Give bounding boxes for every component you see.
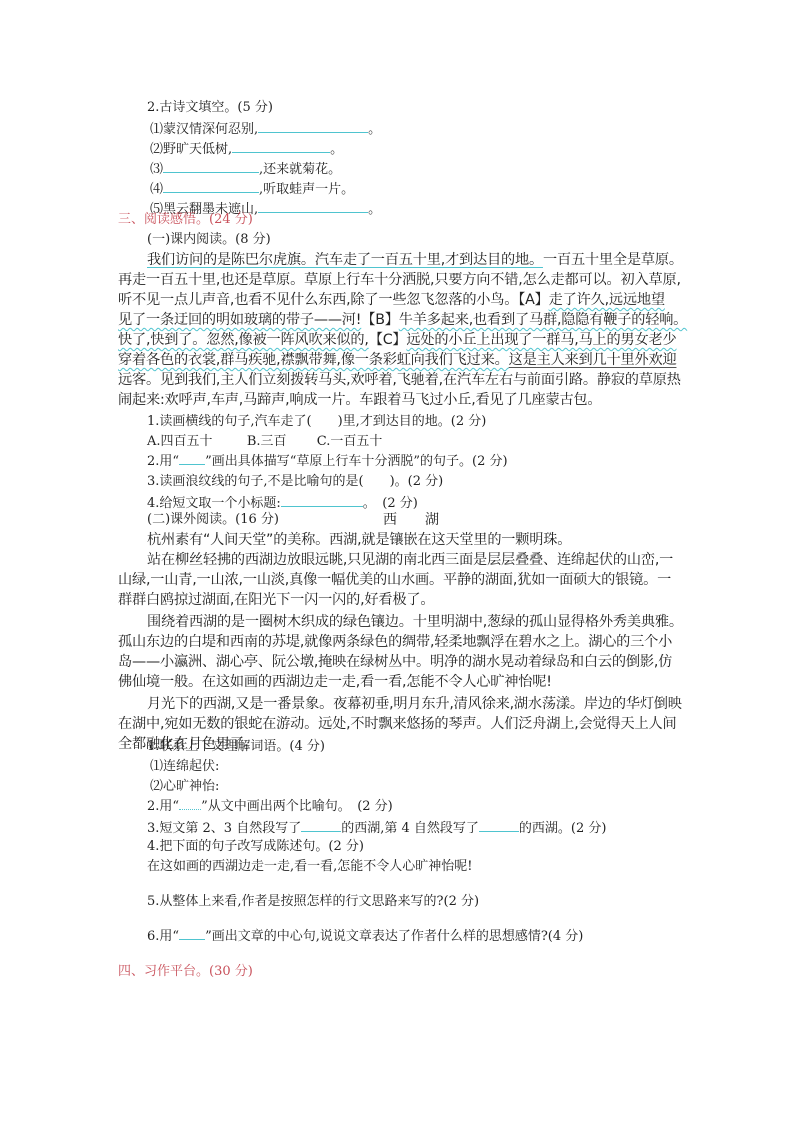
answer-blank[interactable]: [232, 138, 330, 153]
part2-question-5: 5.从整体上来看,作者是按照怎样的行文思路来写的?(2 分): [147, 892, 479, 912]
option-c[interactable]: C.一百五十: [317, 434, 383, 449]
question-text: 2.用“: [147, 799, 179, 814]
article-title: 西 湖: [383, 510, 439, 530]
question-text: ”从文中画出两个比喻句。 (2 分): [201, 799, 393, 814]
wavy-underlined-sentence: 穿着各色的衣裳,群马疾驰,襟飘带舞,像一条彩虹向我们飞过来。: [118, 352, 509, 368]
part1-question-3: 3.读画浪纹线的句子,不是比喻句的是( )。(2 分): [147, 472, 443, 492]
passage-line: 听不见一点儿声音,也看不见什么东西,除了一些忽飞忽落的小鸟。【A】走了许久,远远…: [118, 290, 665, 310]
part2-question-1b: ⑵心旷神怡:: [150, 777, 219, 797]
passage-line: 佛仙境一般。在这如画的西湖边走一走,看一看,怎能不令人心旷神怡呢!: [118, 672, 552, 692]
underlined-sentence: 这是主人来到几十里外欢迎: [509, 352, 677, 368]
passage-text: 闹起来:欢呼声,车声,马蹄声,响成一片。车跟着马飞过小丘,看见了几座蒙古包。: [118, 392, 601, 408]
passage-line: 穿着各色的衣裳,群马疾驰,襟飘带舞,像一条彩虹向我们飞过来。这是主人来到几十里外…: [118, 350, 676, 370]
exam-page: 2.古诗文填空。(5 分) ⑴蒙汉情深何忍别,。 ⑵野旷天低树,。 ⑶,还来就菊…: [0, 0, 793, 1122]
passage-text: 一百五十里全是草原。: [543, 252, 683, 268]
wavy-underlined-sentence: 走了许久,远远地望: [549, 292, 665, 308]
answer-blank[interactable]: [479, 817, 519, 832]
section-4-heading: 四、习作平台。(30 分): [118, 962, 253, 982]
poem-item-text: ⑷: [150, 182, 163, 197]
wavy-underlined-sentence: 见了一条迂回的明如玻璃的带子——河!: [118, 312, 361, 328]
part2-question-6: 6.用“”画出文章的中心句,说说文章表达了作者什么样的思想感情?(4 分): [147, 927, 583, 947]
part2-question-1: 1.联系上下文理解词语。(4 分): [147, 737, 325, 757]
underlined-sentence: 我们访问的是陈巴尔虎旗。汽车走了一百五十里,才到达目的地。: [147, 252, 543, 268]
marker-label: 【B】: [361, 312, 399, 328]
passage-line: 快了,快到了。忽然,像被一阵风吹来似的,【C】远处的小丘上出现了一群马,马上的男…: [118, 330, 676, 350]
passage-line: 群群白鸥掠过湖面,在阳光下一闪一闪的,好看极了。: [118, 590, 434, 610]
passage-line: 杭州素有“人间天堂”的美称。西湖,就是镶嵌在这天堂里的一颗明珠。: [147, 530, 571, 550]
passage-line: 远客。见到我们,主人们立刻拨转马头,欢呼着,飞驰着,在汽车左右与前面引路。静寂的…: [118, 370, 681, 390]
question-text: ”画出文章的中心句,说说文章表达了作者什么样的思想感情?(4 分): [205, 929, 583, 944]
passage-line: 岛——小瀛洲、湖心亭、阮公墩,掩映在绿树丛中。明净的湖水晃动着绿岛和白云的倒影,…: [118, 652, 672, 672]
passage-line: 孤山东边的白堤和西南的苏堤,就像两条绿色的绸带,轻柔地飘浮在碧水之上。湖心的三个…: [118, 632, 672, 652]
passage-line: 山绿,一山青,一山浓,一山淡,真像一幅优美的山水画。平静的湖面,犹如一面硕大的银…: [118, 570, 671, 590]
answer-blank[interactable]: [163, 178, 259, 193]
poem-item-2: ⑵野旷天低树,。: [150, 138, 343, 160]
poem-item-text: ⑴蒙汉情深何忍别,: [150, 122, 258, 137]
wavy-underlined-sentence: 快了,快到了。忽然,像被一阵风吹来似的,: [118, 332, 369, 348]
wavy-line-mark: [179, 799, 201, 810]
answer-blank[interactable]: [281, 492, 363, 507]
answer-blank[interactable]: [301, 817, 341, 832]
part2-question-4: 4.把下面的句子改写成陈述句。(2 分): [147, 837, 364, 857]
poem-item-suffix: 。: [368, 202, 381, 217]
question-text: 的西湖,第 4 自然段写了: [341, 821, 479, 836]
wavy-underlined-sentence: 远处的小丘上出现了一群马,马上的男女老少: [406, 332, 676, 348]
q2-title: 2.古诗文填空。(5 分): [147, 98, 273, 118]
answer-blank[interactable]: [258, 118, 368, 133]
question-text: 4.给短文取一个小标题:: [147, 496, 281, 511]
part1-q1-options: A.四百五十 B.三百 C.一百五十: [147, 432, 382, 452]
marker-label: 【C】: [369, 332, 407, 348]
poem-item-4: ⑷,听取蛙声一片。: [150, 178, 354, 200]
part2-question-3: 3.短文第 2、3 自然段写了的西湖,第 4 自然段写了的西湖。(2 分): [147, 817, 606, 839]
question-text: 。 (2 分): [363, 496, 418, 511]
part2-question-4-sentence: 在这如画的西湖边走一走,看一看,怎能不令人心旷神怡呢!: [147, 857, 473, 877]
part-2-heading: (二)课外阅读。(16 分): [147, 510, 279, 530]
option-a[interactable]: A.四百五十: [147, 434, 213, 449]
passage-line: 闹起来:欢呼声,车声,马蹄声,响成一片。车跟着马飞过小丘,看见了几座蒙古包。: [118, 390, 601, 410]
passage-line: 站在柳丝轻拂的西湖边放眼远眺,只见湖的南北西三面是层层叠叠、连绵起伏的山峦,一: [147, 550, 673, 570]
question-text: 2.用“: [147, 454, 179, 469]
answer-blank[interactable]: [163, 158, 259, 173]
part1-question-2: 2.用“”画出具体描写“草原上行车十分洒脱”的句子。(2 分): [147, 452, 508, 472]
straight-line-mark: [179, 452, 205, 465]
passage-line: 月光下的西湖,又是一番景象。夜幕初垂,明月东升,清风徐来,湖水荡漾。岸边的华灯倒…: [147, 694, 682, 714]
part-1-heading: (一)课内阅读。(8 分): [147, 230, 271, 250]
poem-item-text: ⑵野旷天低树,: [150, 142, 232, 157]
poem-item-3: ⑶,还来就菊花。: [150, 158, 341, 180]
question-text: 6.用“: [147, 929, 179, 944]
passage-line: 见了一条迂回的明如玻璃的带子——河!【B】牛羊多起来,也看到了马群,隐隐有鞭子的…: [118, 310, 687, 330]
poem-item-suffix: 。: [368, 122, 381, 137]
passage-text: 听不见一点儿声音,也看不见什么东西,除了一些忽飞忽落的小鸟。【A】: [118, 292, 549, 308]
part2-question-1a: ⑴连绵起伏:: [150, 757, 219, 777]
poem-item-1: ⑴蒙汉情深何忍别,。: [150, 118, 381, 140]
straight-line-mark: [179, 927, 205, 940]
poem-item-suffix: ,听取蛙声一片。: [259, 182, 354, 197]
answer-blank[interactable]: [258, 198, 368, 213]
question-text: ”画出具体描写“草原上行车十分洒脱”的句子。(2 分): [205, 454, 508, 469]
wavy-underlined-sentence: 牛羊多起来,也看到了马群,隐隐有鞭子的轻响。: [399, 312, 687, 328]
part2-question-2: 2.用“”从文中画出两个比喻句。 (2 分): [147, 797, 393, 817]
passage-line: 在湖中,宛如无数的银蛇在游动。远处,不时飘来悠扬的琴声。人们泛舟湖上,会觉得天上…: [118, 714, 676, 734]
passage-text: 远客。见到我们,主人们立刻拨转马头,欢呼着,飞驰着,在汽车左右与前面引路。静寂的…: [118, 372, 681, 388]
poem-item-suffix: 。: [330, 142, 343, 157]
poem-item-text: ⑶: [150, 162, 163, 177]
passage-text: 再走一百五十里,也还是草原。草原上行车十分洒脱,只要方向不错,怎么走都可以。初入…: [118, 272, 681, 288]
passage-line: 我们访问的是陈巴尔虎旗。汽车走了一百五十里,才到达目的地。一百五十里全是草原。: [147, 250, 683, 270]
passage-line: 围绕着西湖的是一圈树木织成的绿色镶边。十里明湖中,葱绿的孤山显得格外秀美典雅。: [147, 612, 683, 632]
passage-line: 再走一百五十里,也还是草原。草原上行车十分洒脱,只要方向不错,怎么走都可以。初入…: [118, 270, 681, 290]
poem-item-suffix: ,还来就菊花。: [259, 162, 341, 177]
question-text: 的西湖。(2 分): [519, 821, 607, 836]
section-3-heading: 三、阅读感悟。(24 分): [118, 210, 253, 230]
option-b[interactable]: B.三百: [247, 434, 287, 449]
part1-question-1: 1.读画横线的句子,汽车走了( )里,才到达目的地。(2 分): [147, 412, 486, 432]
question-text: 3.短文第 2、3 自然段写了: [147, 821, 301, 836]
